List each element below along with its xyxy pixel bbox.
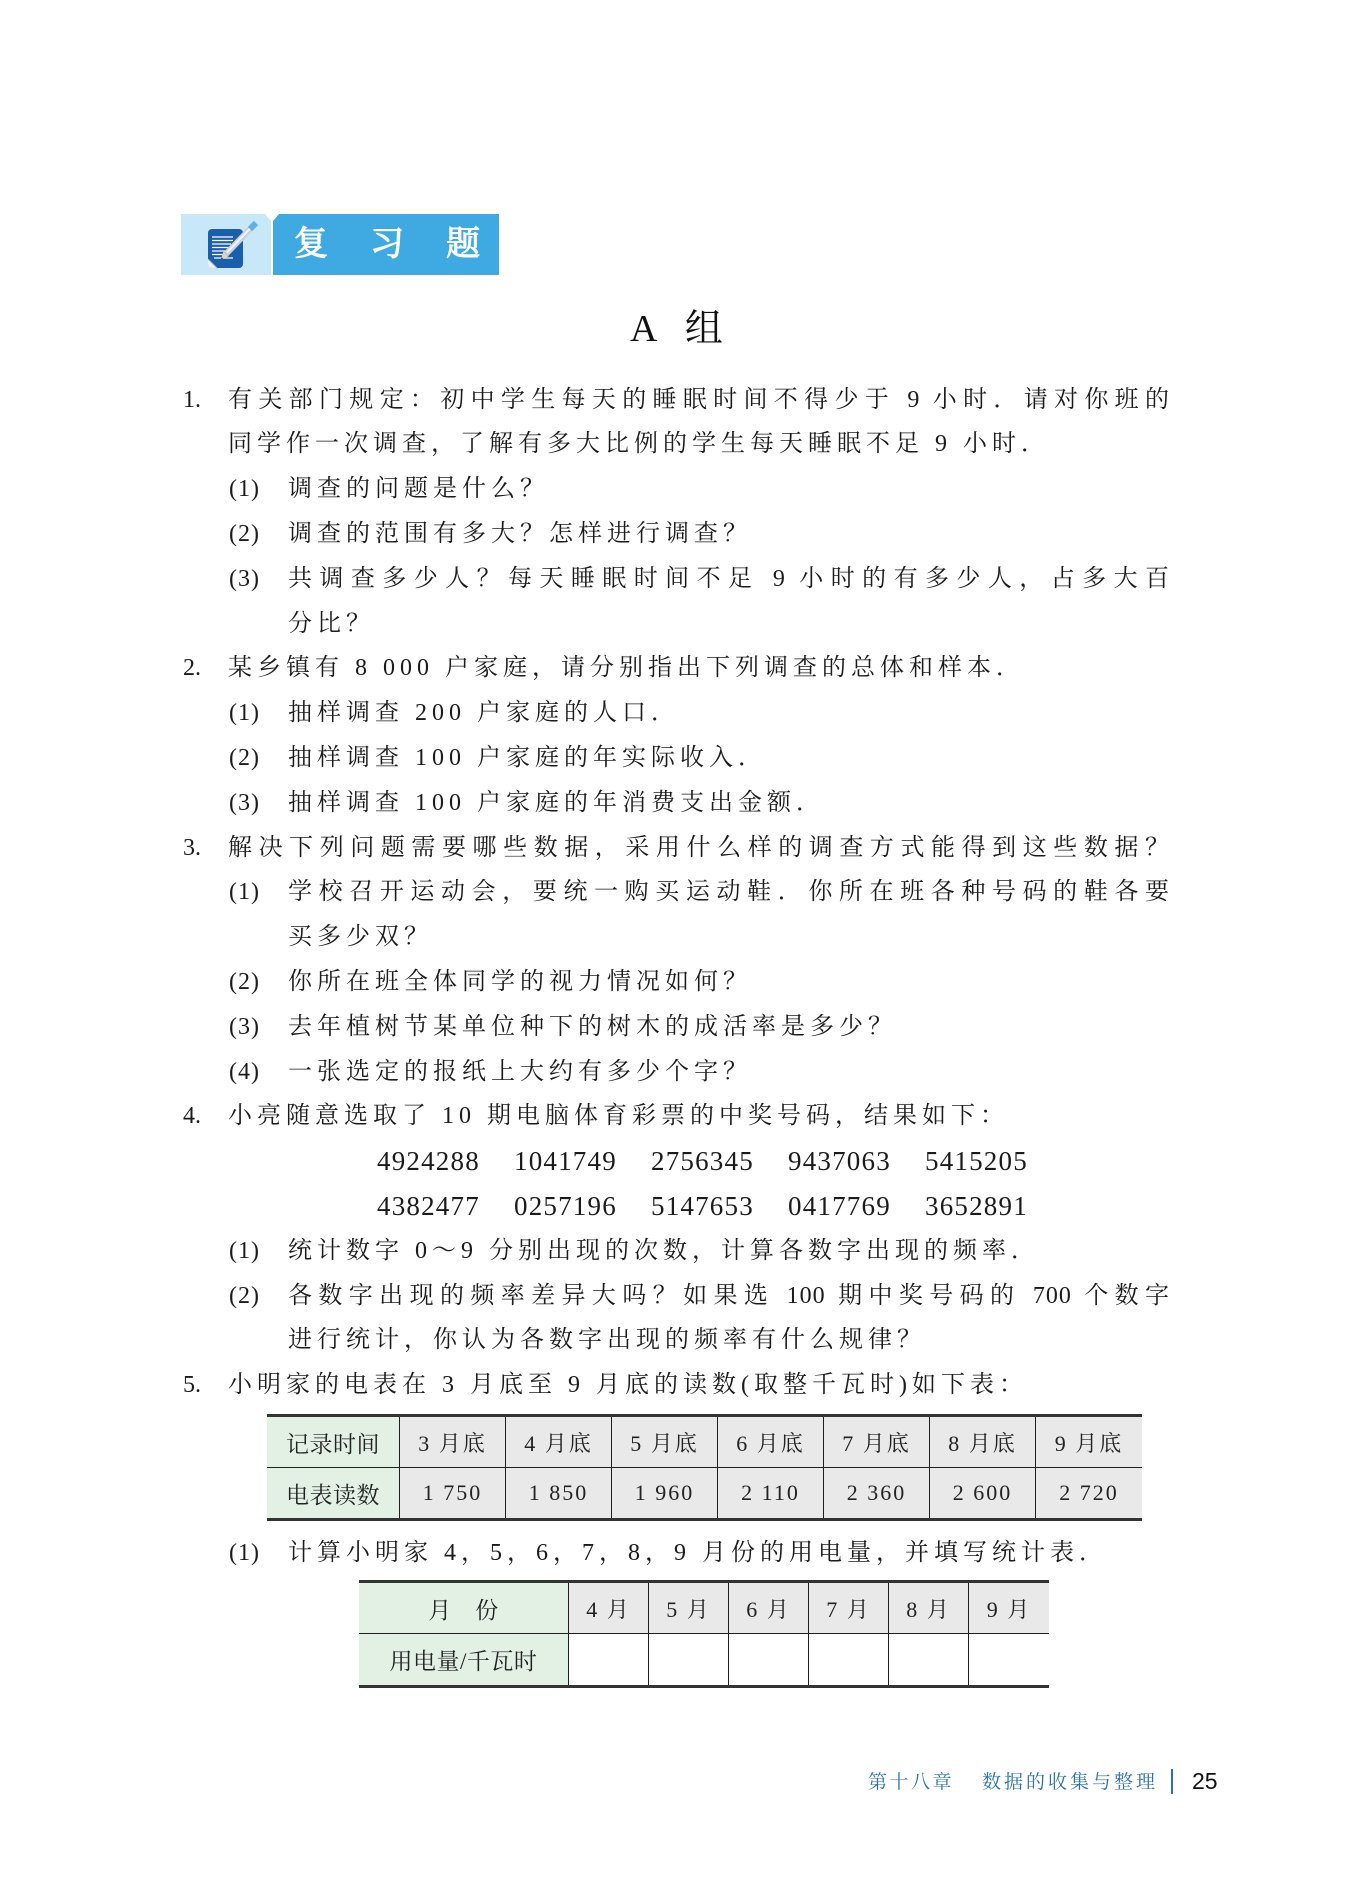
lottery-number: 9437063 <box>788 1139 925 1184</box>
banner-title: 复习题 <box>294 225 522 263</box>
lottery-number: 1041749 <box>514 1139 651 1184</box>
usage-cell <box>649 1634 729 1685</box>
question-5: 5. 小明家的电表在 3 月底至 9 月底的读数(取整千瓦时)如下表： <box>183 1363 1170 1408</box>
reading-cell: 2 360 <box>824 1468 930 1519</box>
subquestion-text: 一张选定的报纸上大约有多少个字？ <box>288 1059 752 1085</box>
column-header: 8 月 <box>889 1583 969 1634</box>
usage-cell <box>889 1634 969 1685</box>
subquestion-label: (1) <box>229 691 260 736</box>
subquestion: (2) 抽样调查 100 户家庭的年实际收入． <box>183 736 1170 781</box>
row-header: 记录时间 <box>267 1417 400 1468</box>
question-number: 1. <box>183 378 201 423</box>
column-header: 8 月底 <box>930 1417 1036 1468</box>
subquestion: (2) 你所在班全体同学的视力情况如何？ <box>183 960 1170 1005</box>
subquestion-text: 计算小明家 4，5，6，7，8，9 月份的用电量，并填写统计表． <box>288 1540 1108 1566</box>
reading-cell: 1 960 <box>612 1468 718 1519</box>
question-1-line-2: 同学作一次调查，了解有多大比例的学生每天睡眠不足 9 小时． <box>183 422 1170 467</box>
subquestion: (1) 学校召开运动会，要统一购买运动鞋．你所在班各种号码的鞋各要 <box>183 870 1170 915</box>
question-number: 4. <box>183 1094 201 1139</box>
subquestion-label: (4) <box>229 1050 260 1095</box>
lottery-number: 0417769 <box>788 1184 925 1229</box>
subquestion: (1) 抽样调查 200 户家庭的人口． <box>183 691 1170 736</box>
row-header: 电表读数 <box>267 1468 400 1519</box>
subquestion: (4) 一张选定的报纸上大约有多少个字？ <box>183 1050 1170 1095</box>
section-title: A 组 <box>630 306 733 352</box>
subquestion-label: (1) <box>229 870 260 915</box>
reading-cell: 2 110 <box>718 1468 824 1519</box>
footer-divider <box>1171 1769 1173 1794</box>
reading-cell: 1 850 <box>506 1468 612 1519</box>
subquestion-text: 调查的问题是什么？ <box>288 476 549 502</box>
subquestion-text: 抽样调查 200 户家庭的人口． <box>288 700 680 726</box>
usage-cell <box>729 1634 809 1685</box>
subquestion-text: 统计数字 0～9 分别出现的次数，计算各数字出现的频率． <box>288 1238 1040 1264</box>
lottery-number: 5147653 <box>651 1184 788 1229</box>
reading-cell: 1 750 <box>400 1468 506 1519</box>
question-text: 同学作一次调查，了解有多大比例的学生每天睡眠不足 9 小时． <box>228 431 1050 457</box>
lottery-number: 3652891 <box>925 1184 1062 1229</box>
column-header: 7 月 <box>809 1583 889 1634</box>
lottery-number: 0257196 <box>514 1184 651 1229</box>
subquestion-text: 你所在班全体同学的视力情况如何？ <box>288 969 752 995</box>
subquestion-continuation: 分比？ <box>183 602 1170 647</box>
usage-cell <box>569 1634 649 1685</box>
subquestion-label: (1) <box>229 1531 260 1576</box>
question-number: 3. <box>183 826 201 871</box>
subquestion-text: 调查的范围有多大？怎样进行调查？ <box>288 521 752 547</box>
lottery-number: 5415205 <box>925 1139 1062 1184</box>
subquestion-continuation: 买多少双？ <box>183 915 1170 960</box>
subquestion-label: (3) <box>229 557 260 602</box>
subquestion: (3) 去年植树节某单位种下的树木的成活率是多少？ <box>183 1005 1170 1050</box>
column-header: 9 月底 <box>1036 1417 1142 1468</box>
subquestion-label: (3) <box>229 781 260 826</box>
subquestion-text: 分比？ <box>288 611 375 637</box>
reading-cell: 2 720 <box>1036 1468 1142 1519</box>
subquestion-text: 买多少双？ <box>288 924 433 950</box>
question-text: 小亮随意选取了 10 期电脑体育彩票的中奖号码，结果如下： <box>228 1103 1009 1129</box>
column-header: 9 月 <box>969 1583 1049 1634</box>
subquestion-text: 进行统计，你认为各数字出现的频率有什么规律？ <box>288 1327 926 1353</box>
subquestion-text: 抽样调查 100 户家庭的年实际收入． <box>288 745 767 771</box>
subquestion: (1) 计算小明家 4，5，6，7，8，9 月份的用电量，并填写统计表． <box>183 1531 1170 1576</box>
meter-reading-table: 记录时间 3 月底 4 月底 5 月底 6 月底 7 月底 8 月底 9 月底 … <box>267 1414 1142 1521</box>
subquestion-text: 抽样调查 100 户家庭的年消费支出金额． <box>288 790 825 816</box>
question-4: 4. 小亮随意选取了 10 期电脑体育彩票的中奖号码，结果如下： <box>183 1094 1170 1139</box>
column-header: 4 月 <box>569 1583 649 1634</box>
subquestion-label: (3) <box>229 1005 260 1050</box>
subquestion-label: (2) <box>229 736 260 781</box>
subquestion-label: (1) <box>229 467 260 512</box>
question-number: 5. <box>183 1363 201 1408</box>
subquestion-text: 共调查多少人？每天睡眠时间不足 9 小时的有多少人，占多大百 <box>288 566 1170 592</box>
question-1-line-1: 1. 有关部门规定：初中学生每天的睡眠时间不得少于 9 小时．请对你班的 <box>183 378 1170 423</box>
subquestion-text: 去年植树节某单位种下的树木的成活率是多少？ <box>288 1014 897 1040</box>
footer-chapter-title: 数据的收集与整理 <box>982 1768 1158 1796</box>
subquestion-text: 学校召开运动会，要统一购买运动鞋．你所在班各种号码的鞋各要 <box>288 879 1170 905</box>
subquestion-label: (2) <box>229 1274 260 1319</box>
subquestion-label: (2) <box>229 960 260 1005</box>
column-header: 5 月底 <box>612 1417 718 1468</box>
banner-icon-box <box>181 214 271 275</box>
footer-chapter: 第十八章 <box>868 1768 954 1796</box>
column-header: 5 月 <box>649 1583 729 1634</box>
lottery-number: 4924288 <box>377 1139 514 1184</box>
question-text: 有关部门规定：初中学生每天的睡眠时间不得少于 9 小时．请对你班的 <box>228 387 1170 413</box>
lottery-number: 4382477 <box>377 1184 514 1229</box>
column-header: 6 月底 <box>718 1417 824 1468</box>
banner-title-box: 复习题 <box>273 214 499 275</box>
reading-cell: 2 600 <box>930 1468 1036 1519</box>
question-text: 解决下列问题需要哪些数据，采用什么样的调查方式能得到这些数据？ <box>228 835 1170 861</box>
pencil-document-icon <box>181 214 271 275</box>
row-header: 用电量/千瓦时 <box>359 1634 569 1685</box>
lottery-numbers-row-1: 4924288 1041749 2756345 9437063 5415205 <box>183 1139 1170 1184</box>
lottery-number: 2756345 <box>651 1139 788 1184</box>
review-banner: 复习题 <box>181 214 499 275</box>
column-header: 3 月底 <box>400 1417 506 1468</box>
electricity-usage-table: 月 份 4 月 5 月 6 月 7 月 8 月 9 月 用电量/千瓦时 <box>359 1580 1049 1688</box>
subquestion: (1) 统计数字 0～9 分别出现的次数，计算各数字出现的频率． <box>183 1229 1170 1274</box>
subquestion: (1) 调查的问题是什么？ <box>183 467 1170 512</box>
question-3: 3. 解决下列问题需要哪些数据，采用什么样的调查方式能得到这些数据？ <box>183 826 1170 871</box>
subquestion-label: (1) <box>229 1229 260 1274</box>
subquestion: (2) 各数字出现的频率差异大吗？如果选 100 期中奖号码的 700 个数字 <box>183 1274 1170 1319</box>
column-header: 6 月 <box>729 1583 809 1634</box>
exercise-list: 1. 有关部门规定：初中学生每天的睡眠时间不得少于 9 小时．请对你班的 同学作… <box>183 378 1170 1689</box>
usage-cell <box>969 1634 1049 1685</box>
question-number: 2. <box>183 646 201 691</box>
subquestion-label: (2) <box>229 512 260 557</box>
row-header: 月 份 <box>359 1583 569 1634</box>
subquestion: (3) 抽样调查 100 户家庭的年消费支出金额． <box>183 781 1170 826</box>
page-number: 25 <box>1192 1766 1218 1796</box>
question-2: 2. 某乡镇有 8 000 户家庭，请分别指出下列调查的总体和样本． <box>183 646 1170 691</box>
subquestion-text: 各数字出现的频率差异大吗？如果选 100 期中奖号码的 700 个数字 <box>288 1283 1170 1309</box>
subquestion: (2) 调查的范围有多大？怎样进行调查？ <box>183 512 1170 557</box>
question-text: 某乡镇有 8 000 户家庭，请分别指出下列调查的总体和样本． <box>228 655 1025 681</box>
subquestion: (3) 共调查多少人？每天睡眠时间不足 9 小时的有多少人，占多大百 <box>183 557 1170 602</box>
question-text: 小明家的电表在 3 月底至 9 月底的读数(取整千瓦时)如下表： <box>228 1372 1028 1398</box>
subquestion-continuation: 进行统计，你认为各数字出现的频率有什么规律？ <box>183 1318 1170 1363</box>
lottery-numbers-row-2: 4382477 0257196 5147653 0417769 3652891 <box>183 1184 1170 1229</box>
usage-cell <box>809 1634 889 1685</box>
column-header: 4 月底 <box>506 1417 612 1468</box>
column-header: 7 月底 <box>824 1417 930 1468</box>
